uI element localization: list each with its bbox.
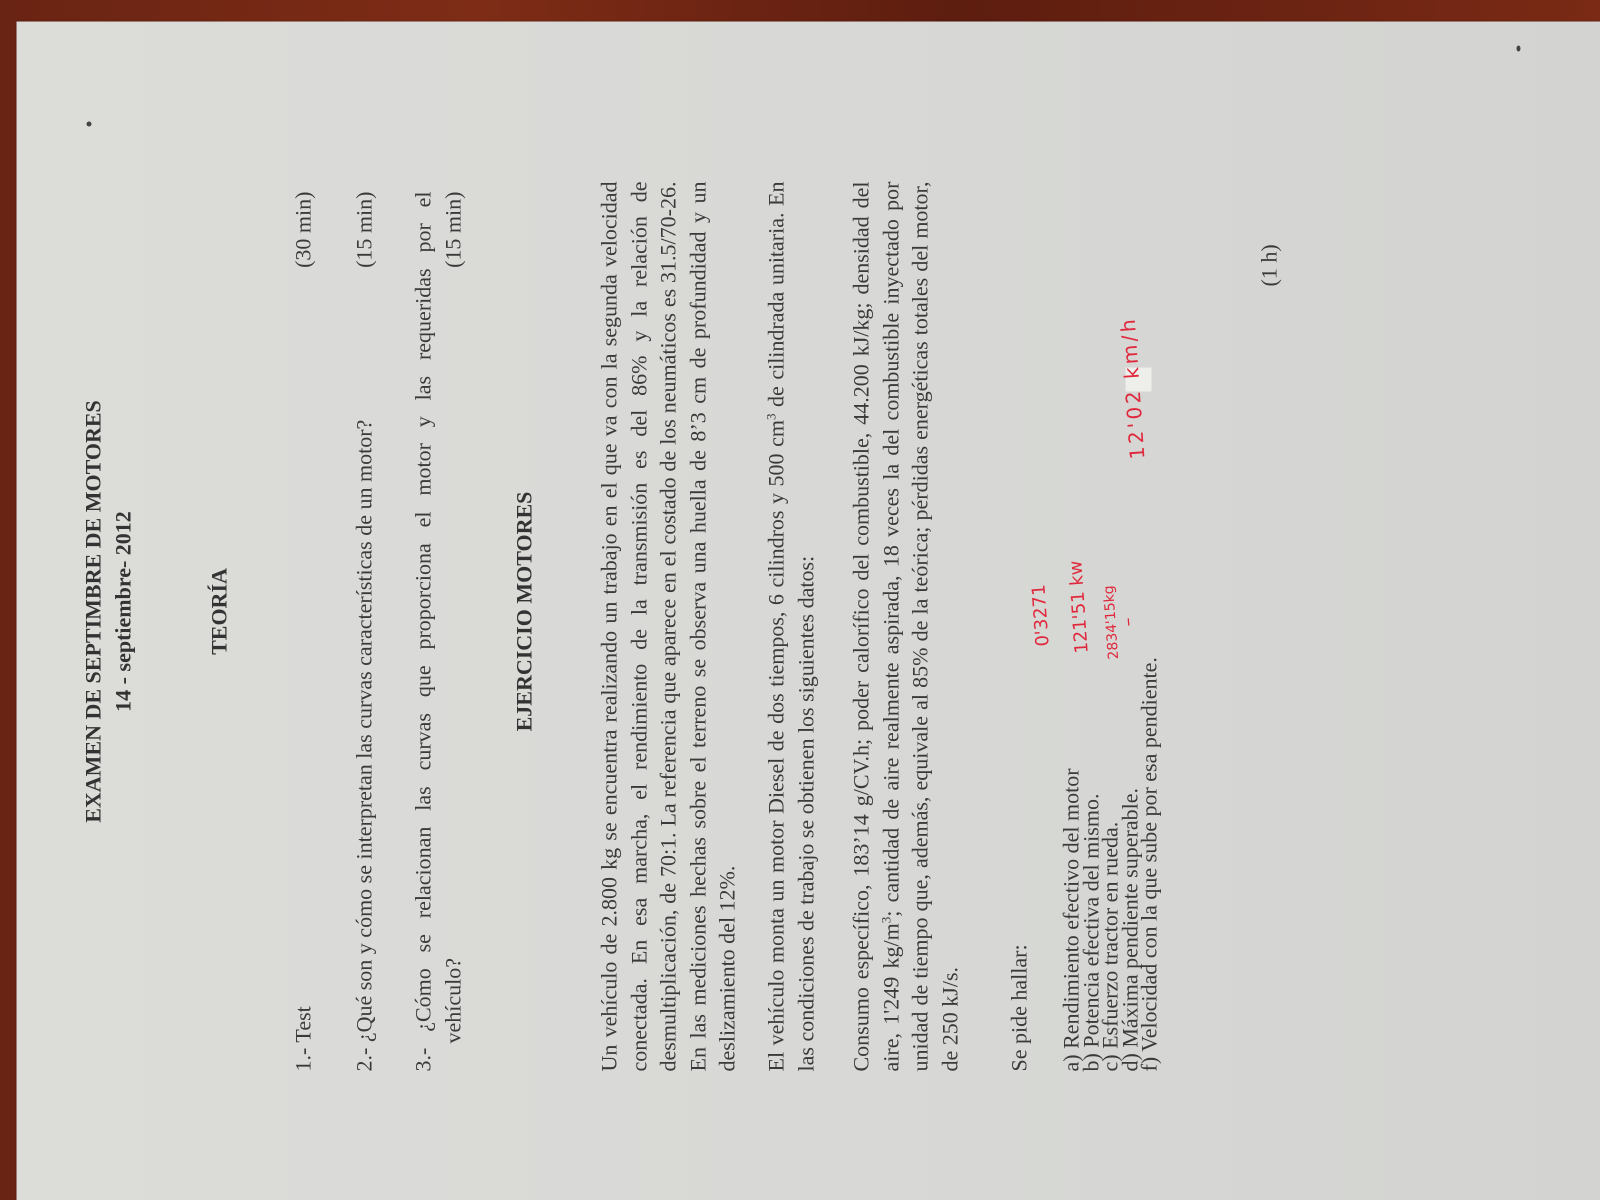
item-text: Velocidad con la que sube por esa pendie… xyxy=(1137,657,1162,1052)
question-item-f: f) Velocidad con la que sube por esa pen… xyxy=(1140,657,1160,1071)
superscript: 3 xyxy=(878,917,893,924)
question-text: Test xyxy=(291,1006,316,1042)
exercise-time: (1 h) xyxy=(1257,244,1283,286)
handwritten-answer-d: – xyxy=(1118,617,1138,627)
question-number: 1.- xyxy=(291,1048,316,1072)
question-time: (30 min) xyxy=(289,192,319,268)
se-pide-label: Se pide hallar: xyxy=(1007,944,1033,1071)
superscript: 3 xyxy=(764,414,779,421)
paper-speck xyxy=(1517,46,1521,52)
item-letter: f) xyxy=(1137,1057,1162,1072)
exercise-paragraph-vehicle: Un vehículo de 2.800 kg se encuentra rea… xyxy=(595,182,743,1072)
handwritten-answer-b: 121'51 kw xyxy=(1066,560,1092,654)
section-heading-teoria: TEORÍA xyxy=(207,22,233,1200)
question-time: (15 min) xyxy=(350,192,380,268)
question-text-continued: vehículo? xyxy=(439,958,469,1044)
question-3: 3.- ¿Cómo se relacionan las curvas que p… xyxy=(409,192,469,1072)
section-heading-ejercicio: EJERCICIO MOTORES xyxy=(512,22,538,1200)
question-number: 2.- xyxy=(352,1048,377,1072)
exercise-paragraph-engine: El vehículo monta un motor Diesel de dos… xyxy=(762,182,821,1072)
exam-header: EXAMEN DE SEPTIMBRE DE MOTORES 14 - sept… xyxy=(79,22,139,1200)
paragraph-text: El vehículo monta un motor Diesel de dos… xyxy=(764,420,789,1071)
question-text: ¿Qué son y cómo se interpretan las curva… xyxy=(352,420,377,1042)
question-1: 1.- Test (30 min) xyxy=(289,192,319,1072)
questions-list: a) Rendimiento efectivo del motor 0'3271… xyxy=(1062,657,1160,1071)
exam-title: EXAMEN DE SEPTIMBRE DE MOTORES xyxy=(79,22,109,1200)
question-2: 2.- ¿Qué son y cómo se interpretan las c… xyxy=(350,192,380,1072)
exam-date: 14 - septiembre- 2012 xyxy=(109,22,139,1200)
handwritten-answer-a: 0'3271 xyxy=(1029,584,1053,647)
question-time: (15 min) xyxy=(439,192,469,268)
handwritten-answer-f: 12'02 km/h xyxy=(1119,316,1148,460)
question-text: ¿Cómo se relacionan las curvas que propo… xyxy=(411,191,436,1031)
question-number: 3.- xyxy=(411,1048,436,1072)
exam-sheet: EXAMEN DE SEPTIMBRE DE MOTORES 14 - sept… xyxy=(17,22,1600,1200)
exercise-paragraph-data: Consumo específico, 183’14 g/CV.h; poder… xyxy=(847,182,965,1072)
